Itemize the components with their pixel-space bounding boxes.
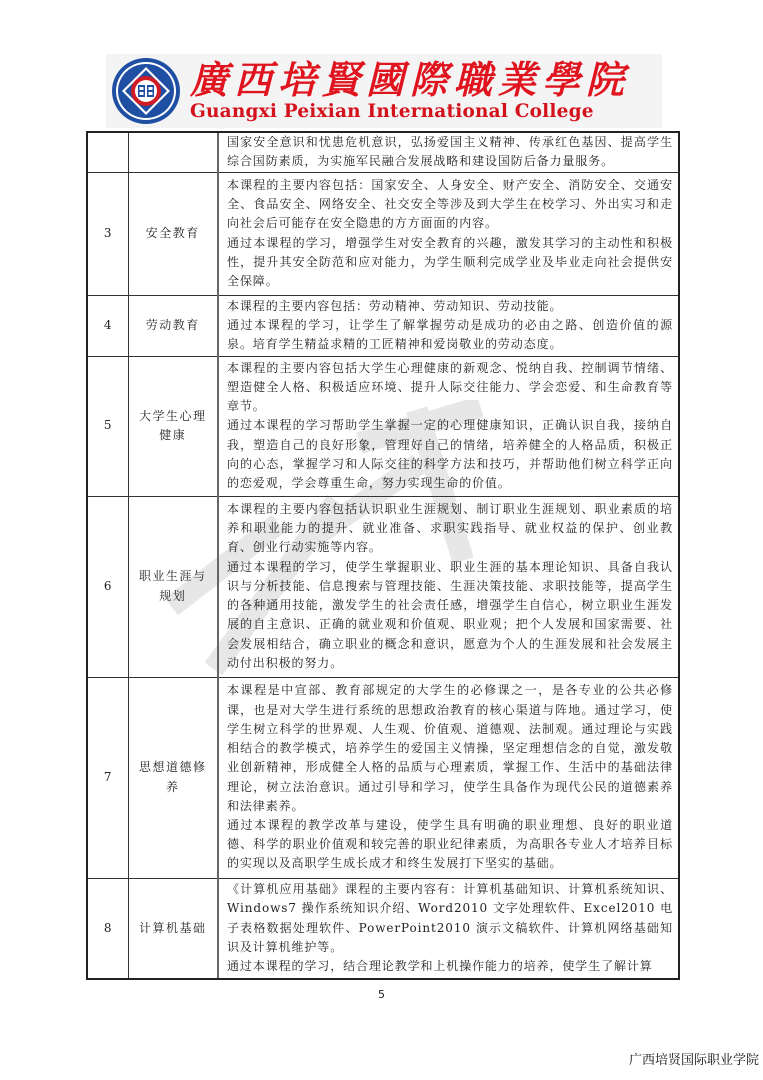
description-paragraph: 本课程的主要内容包括：劳动精神、劳动知识、劳动技能。 xyxy=(227,297,673,316)
description-paragraph: 通过本课程的教学改革与建设，使学生具有明确的职业理想、良好的职业道德、科学的职业… xyxy=(227,816,673,874)
table-row: 5 大学生心理健康 本课程的主要内容包括大学生心理健康的新观念、悦纳自我、控制调… xyxy=(87,356,679,496)
description-paragraph: 本课程是中宣部、教育部规定的大学生的必修课之一，是各专业的公共必修课，也是对大学… xyxy=(227,681,673,815)
course-description: 本课程的主要内容包括大学生心理健康的新观念、悦纳自我、控制调节情绪、塑造健全人格… xyxy=(218,356,679,496)
table-row: 4 劳动教育 本课程的主要内容包括：劳动精神、劳动知识、劳动技能。 通过本课程的… xyxy=(87,295,679,356)
description-paragraph: 本课程的主要内容包括大学生心理健康的新观念、悦纳自我、控制调节情绪、塑造健全人格… xyxy=(227,359,673,417)
course-number: 6 xyxy=(87,496,128,677)
course-name: 计算机基础 xyxy=(128,878,218,979)
course-name: 劳动教育 xyxy=(128,295,218,356)
description-paragraph: 通过本课程的学习，增强学生对安全教育的兴趣，激发其学习的主动性和积极性，提升其安… xyxy=(227,234,673,292)
table-row: 8 计算机基础 《计算机应用基础》课程的主要内容有：计算机基础知识、计算机系统知… xyxy=(87,878,679,979)
college-header-banner: 廣西培賢國際職業學院 Guangxi Peixian International… xyxy=(106,54,662,128)
description-paragraph: 通过本课程的学习，让学生了解掌握劳动是成功的必由之路、创造价值的源泉。培育学生精… xyxy=(227,316,673,354)
course-number: 3 xyxy=(87,172,128,295)
course-description: 《计算机应用基础》课程的主要内容有：计算机基础知识、计算机系统知识、Window… xyxy=(218,878,679,979)
course-name: 安全教育 xyxy=(128,172,218,295)
course-description: 本课程是中宣部、教育部规定的大学生的必修课之一，是各专业的公共必修课，也是对大学… xyxy=(218,677,679,878)
description-paragraph: 国家安全意识和忧患危机意识，弘扬爱国主义精神、传承红色基因、提高学生综合国防素质… xyxy=(227,133,673,171)
description-paragraph: 《计算机应用基础》课程的主要内容有：计算机基础知识、计算机系统知识、Window… xyxy=(227,880,673,957)
table-row: 3 安全教育 本课程的主要内容包括：国家安全、人身安全、财产安全、消防安全、交通… xyxy=(87,172,679,295)
college-name-chinese: 廣西培賢國際職業學院 xyxy=(190,59,630,101)
description-paragraph: 通过本课程的学习帮助学生掌握一定的心理健康知识，正确认识自我，接纳自我，塑造自己… xyxy=(227,416,673,493)
course-description: 本课程的主要内容包括认识职业生涯规划、制订职业生涯规划、职业素质的培养和职业能力… xyxy=(218,496,679,677)
course-number: 8 xyxy=(87,878,128,979)
description-paragraph: 通过本课程的学习，使学生掌握职业、职业生涯的基本理论知识、具备自我认识与分析技能… xyxy=(227,558,673,673)
page-number: 5 xyxy=(0,988,763,1001)
footer-org-name: 广西培贤国际职业学院 xyxy=(629,1049,759,1068)
course-name: 思想道德修养 xyxy=(128,677,218,878)
course-name: 大学生心理健康 xyxy=(128,356,218,496)
course-name xyxy=(128,132,218,172)
description-paragraph: 通过本课程的学习，结合理论教学和上机操作能力的培养，使学生了解计算 xyxy=(227,957,673,976)
course-table: 国家安全意识和忧患危机意识，弘扬爱国主义精神、传承红色基因、提高学生综合国防素质… xyxy=(86,131,680,980)
course-number xyxy=(87,132,128,172)
description-paragraph: 本课程的主要内容包括认识职业生涯规划、制订职业生涯规划、职业素质的培养和职业能力… xyxy=(227,500,673,558)
college-emblem-icon xyxy=(110,55,182,127)
course-number: 4 xyxy=(87,295,128,356)
document-page: 廣西培賢國際職業學院 Guangxi Peixian International… xyxy=(0,0,763,1080)
course-description: 本课程的主要内容包括：国家安全、人身安全、财产安全、消防安全、交通安全、食品安全… xyxy=(218,172,679,295)
course-name: 职业生涯与规划 xyxy=(128,496,218,677)
table-row: 国家安全意识和忧患危机意识，弘扬爱国主义精神、传承红色基因、提高学生综合国防素质… xyxy=(87,132,679,172)
course-description: 国家安全意识和忧患危机意识，弘扬爱国主义精神、传承红色基因、提高学生综合国防素质… xyxy=(218,132,679,172)
college-name-english: Guangxi Peixian International College xyxy=(190,101,630,123)
course-number: 5 xyxy=(87,356,128,496)
course-description: 本课程的主要内容包括：劳动精神、劳动知识、劳动技能。 通过本课程的学习，让学生了… xyxy=(218,295,679,356)
description-paragraph: 本课程的主要内容包括：国家安全、人身安全、财产安全、消防安全、交通安全、食品安全… xyxy=(227,176,673,234)
table-row: 6 职业生涯与规划 本课程的主要内容包括认识职业生涯规划、制订职业生涯规划、职业… xyxy=(87,496,679,677)
course-number: 7 xyxy=(87,677,128,878)
table-row: 7 思想道德修养 本课程是中宣部、教育部规定的大学生的必修课之一，是各专业的公共… xyxy=(87,677,679,878)
